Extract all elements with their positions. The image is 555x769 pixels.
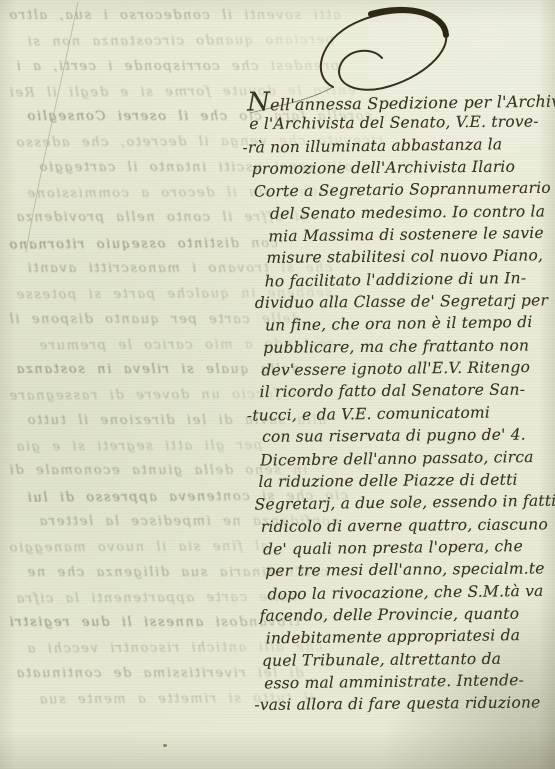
ink-speck <box>163 744 167 747</box>
manuscript-line: del Senato medesimo. Io contro la <box>270 200 555 225</box>
manuscript-line: e l'Archivista del Senato, V.E. trove- <box>249 111 555 136</box>
manuscript-line: ridicolo di averne quattro, ciascuno <box>261 513 555 538</box>
manuscript-page: atti soventi il condecorso i sua, altro … <box>0 0 555 769</box>
manuscript-line: con sua riservata di pugno de' 4. <box>262 423 555 448</box>
manuscript-line: per tre mesi dell'anno, specialm.te <box>265 558 555 583</box>
manuscript-line: dev'essere ignoto all'E.V. Ritengo <box>261 356 555 382</box>
manuscript-line: de' quali non presta l'opera, che <box>263 535 555 561</box>
manuscript-line: esso mal amministrate. Intende- <box>264 669 555 695</box>
manuscript-line: mia Massima di sostenere le savie <box>268 222 555 248</box>
manuscript-line: -tucci, e da V.E. comunicatomi <box>247 400 555 426</box>
manuscript-line: ho facilitato l'addizione di un In- <box>265 266 555 292</box>
letter-body: Nell'annessa Spedizione per l'Archivio, … <box>247 88 555 716</box>
manuscript-line: Nell'annessa Spedizione per l'Archivio, <box>247 88 555 114</box>
manuscript-line: -vasi allora di fare questa riduzione <box>254 692 555 717</box>
manuscript-line: quel Tribunale, altrettanto da <box>262 647 555 672</box>
manuscript-line: indebitamente appropriatesi da <box>266 624 555 650</box>
manuscript-line: il ricordo fatto dal Senatore San- <box>260 379 555 404</box>
manuscript-line: -rà non illuminata abbastanza la <box>242 132 555 158</box>
manuscript-line: un fine, che ora non è il tempo di <box>265 311 555 337</box>
manuscript-line: dopo la rivocazione, che S.M.tà va <box>267 579 555 605</box>
manuscript-line: Dicembre dell'anno passato, circa <box>260 445 555 471</box>
fold-crease-line <box>0 0 120 260</box>
manuscript-line: Segretarj, a due sole, essendo in fatti <box>254 490 555 516</box>
manuscript-line: Corte a Segretario Soprannumerario <box>254 177 555 203</box>
manuscript-line: misure stabilitesi col nuovo Piano, <box>266 245 555 270</box>
